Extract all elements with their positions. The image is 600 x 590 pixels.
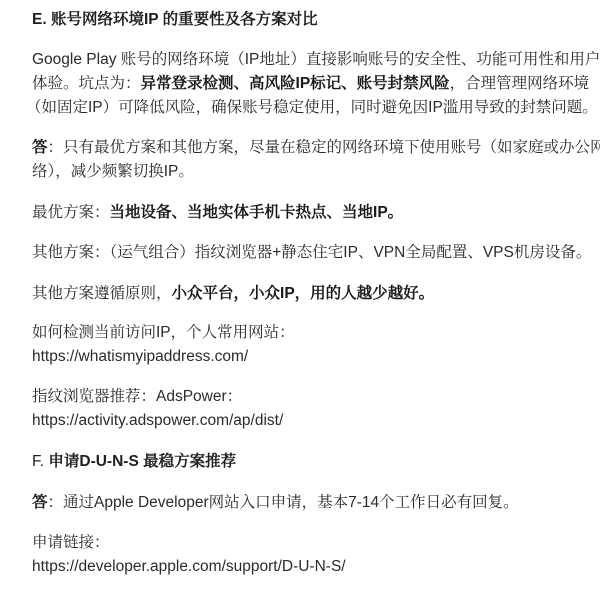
intro-prefix: 体验。坑点为： xyxy=(32,75,141,92)
whatismyip-link[interactable]: https://whatismyipaddress.com/ xyxy=(32,345,248,369)
answer-f-text: ：通过Apple Developer网站入口申请，基本7-14个工作日必有回复。 xyxy=(48,494,519,511)
intro-risks-bold: 异常登录检测、高风险IP标记、账号封禁风险 xyxy=(141,75,450,92)
best-plan: 最优方案：当地设备、当地实体手机卡热点、当地IP。 xyxy=(32,201,403,225)
answer-f-label: 答 xyxy=(32,494,48,511)
duns-apply-link[interactable]: https://developer.apple.com/support/D-U-… xyxy=(32,555,346,579)
intro-suffix: ，合理管理网络环境 xyxy=(450,75,590,92)
answer-e-line-2: 络），减少频繁切换IP。 xyxy=(32,160,194,184)
adspower-link[interactable]: https://activity.adspower.com/ap/dist/ xyxy=(32,409,283,433)
intro-line-1: Google Play 账号的网络环境（IP地址）直接影响账号的安全性、功能可用… xyxy=(32,48,600,72)
browser-label: 指纹浏览器推荐：AdsPower： xyxy=(32,385,242,409)
principle-prefix: 其他方案遵循原则， xyxy=(32,285,172,302)
best-plan-label: 最优方案： xyxy=(32,204,110,221)
intro-line-3: （如固定IP）可降低风险，确保账号稳定使用，同时避免因IP滥用导致的封禁问题。 xyxy=(26,96,598,120)
check-ip-label: 如何检测当前访问IP，个人常用网站： xyxy=(32,321,295,345)
principle: 其他方案遵循原则，小众平台，小众IP，用的人越少越好。 xyxy=(32,282,434,306)
answer-f: 答：通过Apple Developer网站入口申请，基本7-14个工作日必有回复… xyxy=(32,491,519,515)
apply-label: 申请链接： xyxy=(32,531,110,555)
principle-bold: 小众平台，小众IP，用的人越少越好。 xyxy=(172,285,435,302)
section-e-heading: E. 账号网络环境IP 的重要性及各方案对比 xyxy=(32,8,318,32)
section-f-heading: F. 申请D-U-N-S 最稳方案推荐 xyxy=(32,450,236,474)
section-f-prefix: F. xyxy=(32,453,48,470)
answer-e-line-1: 答：只有最优方案和其他方案，尽量在稳定的网络环境下使用账号（如家庭或办公网 xyxy=(32,136,600,160)
intro-line-2: 体验。坑点为：异常登录检测、高风险IP标记、账号封禁风险，合理管理网络环境 xyxy=(32,72,589,96)
other-plans: 其他方案：（运气组合）指纹浏览器+静态住宅IP、VPN全局配置、VPS机房设备。 xyxy=(32,241,591,265)
best-plan-value: 当地设备、当地实体手机卡热点、当地IP。 xyxy=(110,204,404,221)
answer-text: ：只有最优方案和其他方案，尽量在稳定的网络环境下使用账号（如家庭或办公网 xyxy=(48,139,600,156)
answer-label: 答 xyxy=(32,139,48,156)
section-f-title: 申请D-U-N-S 最稳方案推荐 xyxy=(48,453,236,470)
